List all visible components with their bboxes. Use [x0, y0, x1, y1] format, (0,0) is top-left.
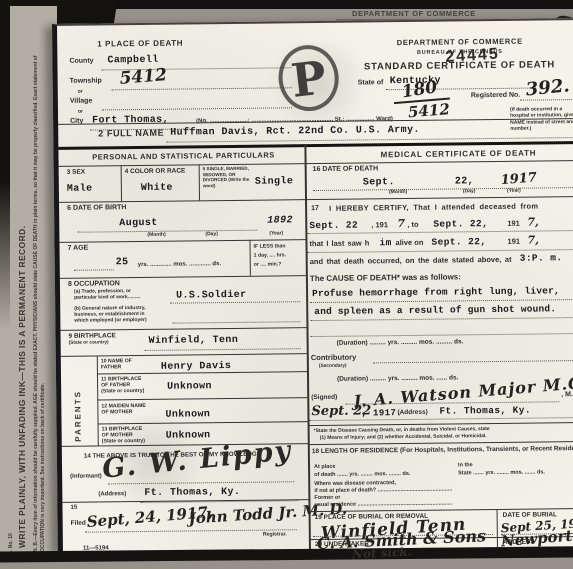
- age-units: yrs. ............. mos. ............. ds…: [138, 261, 221, 269]
- cause-duration-blanks: (Duration) ......... yrs. ......... mos.…: [337, 338, 464, 347]
- stamped-certificate-number: 24445: [445, 46, 501, 68]
- certify-saw-tail: 191: [507, 238, 520, 247]
- age-label: 7 AGE: [68, 245, 89, 253]
- date-of-death-year: 1917: [500, 170, 537, 188]
- residence-label: 18 LENGTH OF RESIDENCE (For Hospitals, I…: [312, 445, 573, 456]
- or-label-1: or: [78, 90, 83, 96]
- informant-address-value: Ft. Thomas, Ky.: [144, 487, 240, 499]
- dob-month-sub: (Month): [147, 233, 165, 239]
- certify-death-line: and that death occurred, on the date sta…: [310, 256, 512, 267]
- certificate-page: 1 PLACE OF DEATH County Campbell Townshi…: [52, 18, 573, 552]
- rule: [59, 199, 305, 203]
- father-birthplace-value: Unknown: [167, 381, 212, 393]
- file-number-denominator: 5412: [407, 100, 450, 121]
- margin-instruction-bold: WRITE PLAINLY, WITH UNFADING INK—THIS IS…: [17, 33, 27, 548]
- contributory-label: Contributory: [311, 354, 357, 363]
- dotted-line: [108, 481, 294, 484]
- department-line-1: DEPARTMENT OF COMMERCE: [357, 37, 562, 48]
- occupation-b-label: (b) General nature of industry, business…: [74, 306, 184, 325]
- dob-label: 6 DATE OF BIRTH: [67, 204, 126, 213]
- dotted-line: [520, 99, 573, 101]
- dob-year-value: 1892: [267, 215, 293, 226]
- parents-group-label: PARENTS: [73, 390, 83, 442]
- residence-at-place-2: of death ....... yrs. ........ mos. ....…: [314, 471, 410, 479]
- registered-no-value: 392.: [525, 75, 571, 100]
- margin-instruction-nb: N. B.—Every item of information should b…: [33, 32, 46, 552]
- birthplace-label: 9 BIRTHPLACE: [69, 332, 116, 340]
- rule: [305, 196, 573, 200]
- certify-from-date: Sept. 22: [309, 220, 358, 232]
- township-value: 5412: [119, 65, 168, 89]
- filed-label: Filed: [71, 520, 86, 528]
- signed-md-suffix: , M. D.: [561, 391, 573, 399]
- rule: [97, 371, 307, 374]
- father-name-value: Henry Davis: [161, 361, 232, 373]
- rule: [60, 275, 306, 279]
- marital-label: 5 SINGLE, MARRIED, WIDOWED, OR DIVORCED …: [203, 166, 253, 190]
- rule: [308, 422, 573, 426]
- dod-day-sub: (Day): [463, 189, 476, 195]
- dotted-line: [74, 269, 114, 270]
- dotted-line: [172, 321, 300, 323]
- informant-address-tag: (Address): [98, 491, 126, 498]
- dotted-line: [145, 348, 301, 351]
- dotted-line: [311, 333, 573, 337]
- cell-divider: [249, 240, 250, 276]
- full-name-value: Huffman Davis, Rct. 22nd Co. U.S. Army.: [170, 125, 420, 139]
- cell-divider: [121, 165, 122, 201]
- mother-birthplace-value: Unknown: [166, 430, 211, 442]
- dob-year-sub: (Year): [269, 231, 283, 237]
- residence-contracted-2: if not at place of death? ..............…: [314, 486, 452, 494]
- cause-line-1: Profuse hemorrhage from right lung, live…: [312, 285, 560, 299]
- registered-no-label: Registered No.: [471, 92, 520, 101]
- certify-saw-mid: alive on: [395, 239, 423, 248]
- rule: [97, 397, 307, 400]
- filed-item-no: 15: [70, 505, 77, 512]
- cause-of-death-label: The CAUSE OF DEATH* was as follows:: [310, 272, 461, 283]
- cause-footnote-2: (1) Means of Injury; and (2) whether Acc…: [320, 434, 487, 442]
- sex-label: 3 SEX: [67, 169, 86, 177]
- county-value: Campbell: [107, 55, 158, 67]
- residence-in-state-2: State ....... yrs. ........ mos. .......…: [458, 469, 545, 476]
- age-value: 25: [116, 257, 129, 268]
- dotted-line: [170, 301, 300, 303]
- age-if-less-2: 1 day, .... hrs.: [254, 252, 287, 258]
- certify-saw-him: im: [379, 237, 391, 248]
- date-of-death-label: 16 DATE OF DEATH: [313, 165, 379, 174]
- contributory-sub: (Secondary): [319, 364, 347, 370]
- mother-maiden-value: Unknown: [165, 409, 210, 421]
- dod-month-sub: (Month): [389, 190, 407, 196]
- certify-item-no: 17: [311, 205, 319, 213]
- medical-section-title: MEDICAL CERTIFICATE OF DEATH: [338, 148, 573, 160]
- scan-left-edge-shadow: [0, 0, 10, 330]
- marital-value: Single: [255, 176, 294, 187]
- certify-to-mid: 191: [507, 220, 520, 229]
- dotted-line: [112, 87, 292, 90]
- county-label: County: [69, 58, 93, 67]
- certify-line-1: I HEREBY CERTIFY, That I attended deceas…: [329, 202, 573, 214]
- certify-from-mid: , 191: [371, 221, 388, 230]
- sex-value: Male: [67, 184, 93, 195]
- father-birthplace-label: 11 BIRTHPLACE OF FATHER (State or countr…: [101, 376, 144, 395]
- burial-cell-divider: [497, 509, 498, 549]
- occupation-a-value: U.S.Soldier: [176, 290, 247, 302]
- age-if-less-3: or .... min.?: [254, 261, 282, 267]
- village-label: Village: [70, 98, 93, 107]
- state-label: State of: [358, 79, 384, 88]
- dotted-line: [313, 187, 573, 191]
- dob-day-sub: (Day): [205, 232, 218, 238]
- residence-at-place-1: At place: [314, 464, 335, 471]
- residence-former-1: Former or: [314, 495, 340, 502]
- place-of-death-title: 1 PLACE OF DEATH: [97, 39, 183, 49]
- signed-year: , 1917.: [361, 408, 402, 418]
- certify-to-year: 7,: [527, 215, 539, 228]
- certify-saw-date: Sept. 22,: [431, 236, 486, 248]
- signed-tag: (Signed): [311, 394, 337, 402]
- dotted-line: [373, 360, 573, 364]
- full-name-label: 2 FULL NAME: [98, 128, 164, 139]
- cell-divider: [199, 164, 200, 200]
- dob-month-value: August: [119, 218, 158, 229]
- certify-death-time: 3:P. m.: [520, 252, 563, 263]
- registrar-label: Registrar.: [263, 531, 287, 537]
- occupation-a-label: (a) Trade, profession, or particular kin…: [74, 289, 174, 302]
- race-label: 4 COLOR OR RACE: [125, 167, 186, 175]
- rule: [60, 327, 306, 331]
- contributory-duration-blanks: (Duration) ......... yrs. ......... mos.…: [337, 374, 458, 383]
- birthplace-value: Winfield, Tenn: [149, 335, 239, 347]
- rule: [98, 421, 308, 424]
- dotted-line: [310, 317, 573, 321]
- city-value: Fort Thomas,: [92, 115, 169, 127]
- certify-saw-year: 7,: [527, 233, 539, 246]
- residence-in-state-1: In the: [458, 462, 473, 469]
- birthplace-sub: (State or country): [69, 340, 109, 346]
- dotted-line: [102, 107, 292, 110]
- certify-from-tail: , to: [407, 221, 418, 230]
- mother-maiden-label: 12 MAIDEN NAME OF MOTHER: [101, 403, 146, 416]
- personal-section-title: PERSONAL AND STATISTICAL PARTICULARS: [68, 151, 298, 162]
- column-divider: [304, 144, 311, 551]
- certify-from-year: 7: [397, 217, 405, 230]
- cause-line-2: and spleen as a result of gun shot wound…: [314, 303, 556, 317]
- dotted-line: [77, 230, 257, 233]
- or-label-2: or: [78, 110, 83, 116]
- signed-address-tag: (Address): [397, 409, 427, 417]
- dotted-line: [310, 299, 573, 303]
- p-stamp-icon: P: [275, 42, 342, 115]
- father-name-label: 10 NAME OF FATHER: [101, 358, 132, 371]
- date-of-death-month: Sept.: [363, 177, 395, 188]
- township-label: Township: [70, 77, 102, 86]
- residence-former-2: usual residence ........................…: [314, 500, 452, 508]
- certify-to-date: Sept. 22,: [433, 218, 488, 230]
- scanned-death-certificate: { "scan": { "prev_page_text": "DEPARTMEN…: [0, 0, 573, 569]
- rule: [59, 239, 305, 243]
- city-label: City: [70, 118, 83, 126]
- age-if-less-1: IF LESS than: [254, 243, 286, 249]
- signed-address-value: Ft. Thomas, Ky.: [439, 405, 531, 417]
- mother-birthplace-label: 13 BIRTHPLACE OF MOTHER (State or countr…: [102, 426, 145, 445]
- informant-tag: (Informant): [70, 473, 102, 480]
- certify-saw-pre: that I last saw h: [309, 239, 369, 249]
- race-value: White: [141, 183, 173, 194]
- dod-year-sub: (Year): [507, 189, 521, 195]
- date-of-death-day: 22,: [455, 176, 474, 187]
